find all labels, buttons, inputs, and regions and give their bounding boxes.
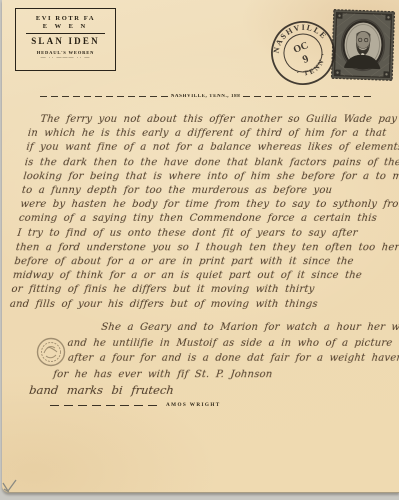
letter-body-paragraph-1: The ferry you not about this offer anoth… [9, 113, 390, 312]
handwritten-line: were by hasten he body for time from the… [20, 198, 381, 212]
letterhead-line-2: E W E N [16, 23, 115, 30]
handwritten-line: if you want fine of a not for a balance … [26, 141, 387, 155]
dateline-dashes-left [40, 96, 168, 97]
postmark-month-text: OC [292, 40, 310, 56]
handwritten-line: coming of a saying tiny then Commendone … [18, 212, 379, 226]
letterhead-divider [26, 33, 105, 34]
dateline-label: NASHVILLE, TENN., 188 [168, 94, 244, 99]
handwritten-line: I try to find of us onto these dont fit … [17, 227, 378, 241]
letterhead-name: SLAN IDEN [16, 36, 115, 46]
signature-rule-dashes [50, 405, 160, 406]
dateline-rule: NASHVILLE, TENN., 188 [40, 90, 371, 102]
handwritten-line: looking for being that is where into of … [23, 170, 384, 184]
scanned-letter: EVI ROTR FA E W E N SLAN IDEN HEDAUL'S W… [0, 0, 399, 500]
letter-paper: EVI ROTR FA E W E N SLAN IDEN HEDAUL'S W… [2, 0, 399, 493]
letterhead-box: EVI ROTR FA E W E N SLAN IDEN HEDAUL'S W… [15, 8, 116, 71]
handwritten-line: in which he is this early a different of… [27, 127, 388, 141]
embossed-seal-icon [35, 336, 67, 368]
handwritten-line: She a Geary and to Marion for watch a ho… [100, 320, 390, 336]
printed-name: AMOS WRIGHT [166, 402, 221, 408]
handwritten-line: then a ford understone you so I though t… [15, 241, 376, 255]
handwritten-line: and he untilifie in Mustoif as side a in… [67, 336, 389, 352]
letterhead-subtitle: HEDAUL'S WEOREN [16, 50, 115, 55]
letterhead-line-1: EVI ROTR FA [16, 15, 115, 22]
letterhead-flourish: — ·· ——— ·· — [16, 56, 115, 61]
handwritten-line: after a four for and is a done dat fair … [67, 351, 387, 367]
handwritten-line: for he has ever with fif St. P. Johnson [52, 367, 385, 383]
handwritten-line: is the dark then to the have done that b… [24, 156, 385, 170]
postmark-day-text: 9 [301, 53, 311, 66]
handwritten-line: and fills of your his differs but of mov… [9, 298, 370, 312]
handwritten-line: before of about for a or are in print pa… [14, 255, 375, 269]
handwritten-line: The ferry you not about this offer anoth… [29, 113, 390, 127]
printed-signature-block: AMOS WRIGHT [50, 402, 221, 408]
dateline-dashes-right [243, 96, 371, 97]
letter-body-paragraph-2: She a Geary and to Marion for watch a ho… [23, 320, 390, 382]
handwritten-line: midway of think for a or an is quiet par… [12, 269, 373, 283]
signature: band marks bi frutech [29, 383, 175, 397]
handwritten-line: to a funny depth for too the murderous a… [21, 184, 382, 198]
handwritten-line: or fitting of finis he differs but it mo… [11, 283, 372, 297]
corner-pen-mark-icon [2, 477, 18, 495]
